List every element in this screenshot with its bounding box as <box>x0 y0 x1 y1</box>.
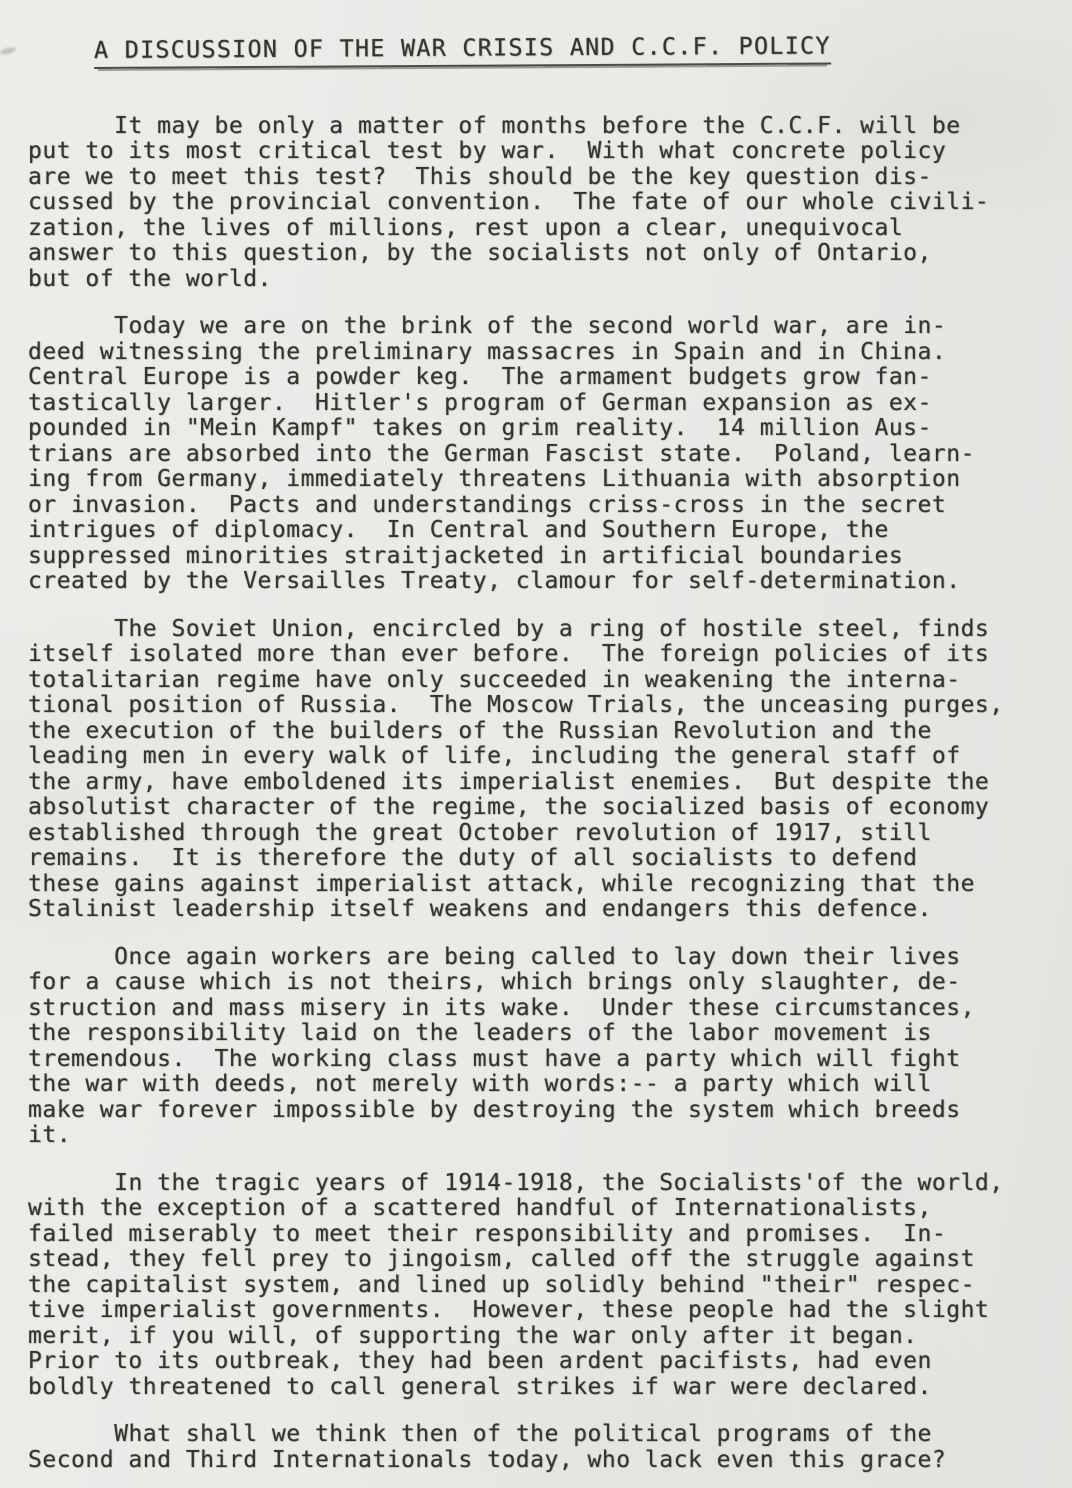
document-title-text: A DISCUSSION OF THE WAR CRISIS AND C.C.F… <box>94 31 831 68</box>
paragraph-1: It may be only a matter of months before… <box>28 114 1046 293</box>
paragraph-5: In the tragic years of 1914-1918, the So… <box>28 1171 1046 1401</box>
paragraph-4: Once again workers are being called to l… <box>28 945 1046 1149</box>
document-body: It may be only a matter of months before… <box>28 114 1046 1474</box>
paragraph-2: Today we are on the brink of the second … <box>28 314 1046 595</box>
paragraph-6: What shall we think then of the politica… <box>28 1422 1046 1473</box>
scan-smudge <box>0 46 17 56</box>
document-title: A DISCUSSION OF THE WAR CRISIS AND C.C.F… <box>94 32 1046 63</box>
document-page: A DISCUSSION OF THE WAR CRISIS AND C.C.F… <box>0 0 1072 1488</box>
paragraph-3: The Soviet Union, encircled by a ring of… <box>28 617 1046 923</box>
